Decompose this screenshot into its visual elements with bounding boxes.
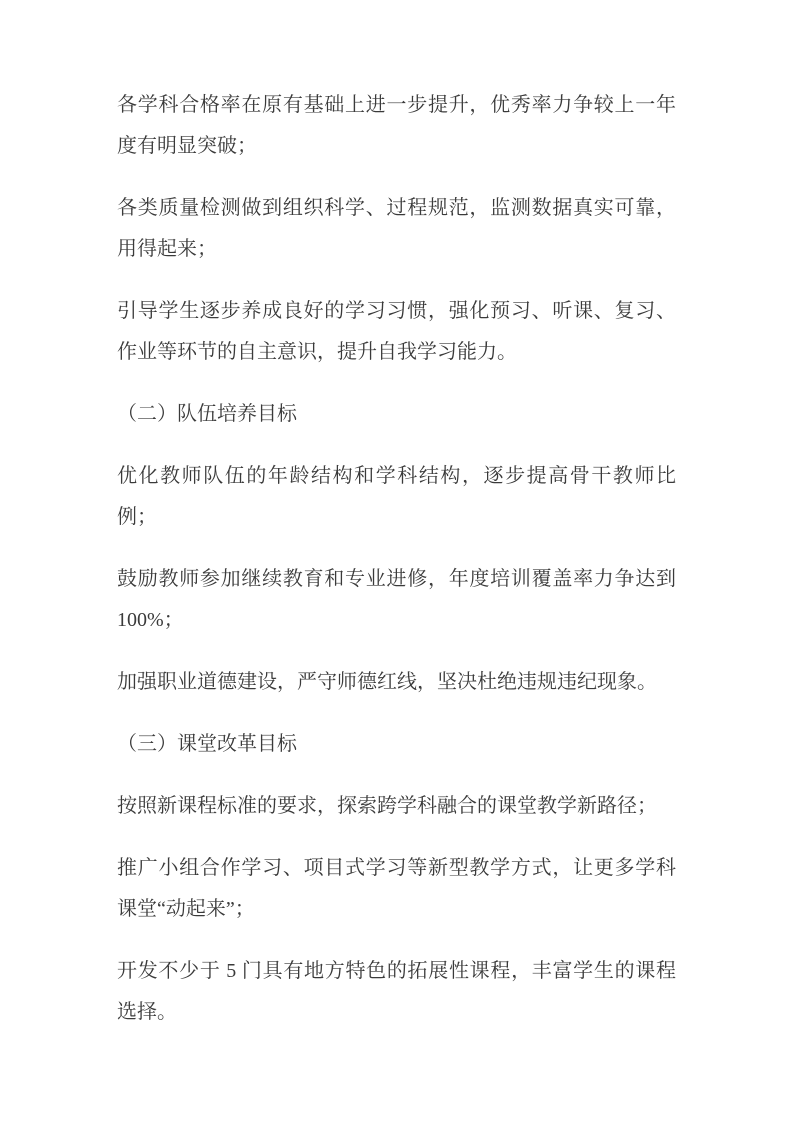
- document-body: 各学科合格率在原有基础上进一步提升，优秀率力争较上一年度有明显突破；各类质量检测…: [117, 85, 676, 1033]
- body-paragraph: 推广小组合作学习、项目式学习等新型教学方式，让更多学科课堂“动起来”；: [117, 848, 676, 930]
- body-paragraph: 加强职业道德建设，严守师德红线，坚决杜绝违规违纪现象。: [117, 662, 676, 703]
- body-paragraph: 优化教师队伍的年龄结构和学科结构，逐步提高骨干教师比例；: [117, 456, 676, 538]
- body-paragraph: 鼓励教师参加继续教育和专业进修，年度培训覆盖率力争达到100%；: [117, 559, 676, 641]
- section-heading: （三）课堂改革目标: [117, 724, 676, 765]
- document-page: 各学科合格率在原有基础上进一步提升，优秀率力争较上一年度有明显突破；各类质量检测…: [0, 0, 793, 1122]
- body-paragraph: 各类质量检测做到组织科学、过程规范，监测数据真实可靠，用得起来；: [117, 188, 676, 270]
- body-paragraph: 按照新课程标准的要求，探索跨学科融合的课堂教学新路径；: [117, 786, 676, 827]
- body-paragraph: 各学科合格率在原有基础上进一步提升，优秀率力争较上一年度有明显突破；: [117, 85, 676, 167]
- body-paragraph: 开发不少于 5 门具有地方特色的拓展性课程，丰富学生的课程选择。: [117, 951, 676, 1033]
- section-heading: （二）队伍培养目标: [117, 394, 676, 435]
- body-paragraph: 引导学生逐步养成良好的学习习惯，强化预习、听课、复习、作业等环节的自主意识，提升…: [117, 291, 676, 373]
